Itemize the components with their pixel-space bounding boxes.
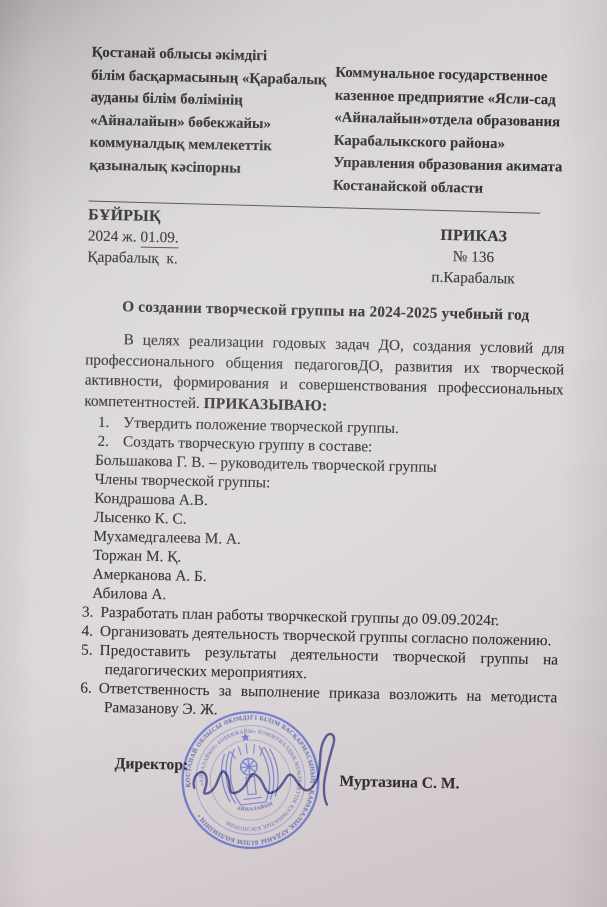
order-meta-left: БҰЙРЫҚ 2024 ж. 01.09. Қарабалық к. [87, 205, 400, 287]
scanned-photo-background: Қостанай облысы әкімдігі білім басқармас… [0, 0, 607, 907]
document-title: О создании творческой группы на 2024-202… [86, 296, 565, 327]
letterhead: Қостанай облысы әкімдігі білім басқармас… [89, 42, 571, 202]
item-text: Торжан М. Қ. [93, 547, 181, 566]
signature-stroke [193, 731, 334, 805]
item-text: Амерканова А. Б. [93, 566, 207, 585]
item-number: 1. [98, 414, 110, 431]
item-text: Лысенко К. С. [94, 509, 187, 528]
letterhead-kazakh: Қостанай облысы әкімдігі білім басқармас… [89, 42, 336, 197]
director-label: Директор: [115, 753, 189, 776]
director-signature [180, 714, 360, 828]
item-number: 3. [82, 603, 94, 620]
order-meta-right: ПРИКАЗ № 136 п.Карабалык [398, 211, 550, 290]
item-number: 2. [97, 433, 109, 450]
item-text: Кондрашова А.В. [94, 490, 208, 509]
intro-prikazyvayu: ПРИКАЗЫВАЮ: [204, 394, 328, 414]
item-text: Мухамедгалеева М. А. [93, 528, 241, 548]
item-text: Абилова А. [92, 585, 166, 604]
order-date-prefix: 2024 ж. [88, 228, 141, 246]
order-date-value: 01.09. [140, 229, 179, 249]
document-sheet: Қостанай облысы әкімдігі білім басқармас… [0, 0, 607, 907]
letterhead-kk-line: қазыналық кәсіпорны [89, 154, 333, 182]
order-items: 1.Утвердить положение творческой группы.… [78, 412, 563, 726]
item-number: 4. [81, 622, 93, 639]
intro-paragraph: В целях реализации годовых задач ДО, соз… [84, 329, 565, 421]
order-place-ru: п.Карабалык [398, 266, 548, 290]
item-number: 5. [81, 641, 93, 658]
order-meta: БҰЙРЫҚ 2024 ж. 01.09. Қарабалық к. ПРИКА… [87, 205, 567, 291]
letterhead-russian: Коммунальное государственное казенное пр… [333, 47, 571, 202]
item-number: 6. [80, 679, 92, 696]
